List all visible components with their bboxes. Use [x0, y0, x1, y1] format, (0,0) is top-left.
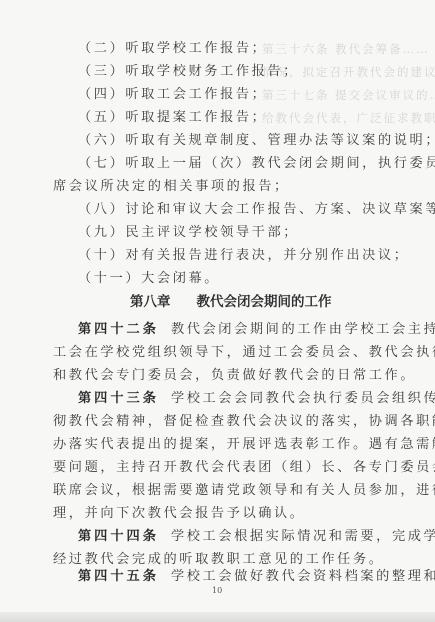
article-text: 教代会闭会期间的工作由学校工会主持。学校: [171, 322, 435, 337]
agenda-item: （十）对有关报告进行表决，并分别作出决议；: [78, 244, 410, 263]
agenda-item: （十一）大会闭幕。: [78, 267, 220, 286]
article-label: 第四十五条: [78, 569, 159, 584]
article-label: 第四十四条: [78, 529, 159, 544]
agenda-item: （六）听取有关规章制度、管理办法等议案的说明；: [78, 129, 435, 148]
agenda-item: （九）民主评议学校领导干部；: [78, 221, 299, 240]
article-44: 第四十四条学校工会根据实际情况和需要，完成学校需要: [78, 525, 435, 544]
article-text: 和教代会专门委员会，负责做好教代会的日常工作。: [53, 364, 416, 383]
agenda-item: （五）听取提案工作报告；: [78, 106, 267, 125]
agenda-item: （四）听取工会工作报告；: [78, 83, 267, 102]
article-text: 工会在学校党组织领导下，通过工会委员会、教代会执行委员会: [53, 341, 435, 360]
bleed-line: 第三十六条 教代会筹备……: [262, 38, 435, 61]
article-text: 学校工会做好教代会资料档案的整理和管理: [171, 569, 435, 584]
article-text: 学校工会会同教代会执行委员会组织传达贯: [171, 391, 435, 406]
article-text: 理，并向下次教代会报告予以确认。: [53, 502, 306, 521]
article-text: 联席会议，根据需要邀请党政领导和有关人员参加，进行协商处: [53, 479, 435, 498]
article-text: 办落实代表提出的提案，开展评选表彰工作。遇有急需解决的重: [53, 433, 435, 452]
article-label: 第四十三条: [78, 391, 159, 406]
chapter-title: 教代会闭会期间的工作: [197, 294, 332, 310]
chapter-number: 第八章: [130, 294, 171, 310]
article-42: 第四十二条教代会闭会期间的工作由学校工会主持。学校: [78, 318, 435, 337]
page-edge: [0, 612, 435, 622]
article-45: 第四十五条学校工会做好教代会资料档案的整理和管理: [78, 565, 435, 584]
document-page: 第三十六条 教代会筹备…… 情况，拟定召开教代会的建议…… 第三十七条 提交会议…: [0, 0, 435, 615]
bleed-line: 第三十七条 提交会议审议的……: [262, 84, 435, 107]
agenda-item-continuation: 席会议所决定的相关事项的报告；: [53, 175, 290, 194]
page-number: 10: [212, 586, 222, 595]
agenda-item: （八）讨论和审议大会工作报告、方案、决议草案等；: [78, 198, 435, 217]
article-text: 彻教代会精神，督促检查教代会决议的落实，协调各职能部门督: [53, 410, 435, 429]
article-text: 学校工会根据实际情况和需要，完成学校需要: [171, 529, 435, 544]
agenda-item: （二）听取学校工作报告；: [78, 37, 267, 56]
agenda-item: （七）听取上一届（次）教代会闭会期间，执行委员会或联: [78, 152, 435, 171]
agenda-item: （三）听取学校财务工作报告；: [78, 60, 299, 79]
article-text: 要问题，主持召开教代会代表团（组）长、各专门委员会负责人: [53, 456, 435, 475]
bleed-line: 给教代会代表，广泛征求教职工……: [262, 107, 435, 130]
article-43: 第四十三条学校工会会同教代会执行委员会组织传达贯: [78, 387, 435, 406]
chapter-heading: 第八章教代会闭会期间的工作: [130, 290, 332, 310]
article-label: 第四十二条: [78, 322, 159, 337]
bleed-through-text: 第三十六条 教代会筹备…… 情况，拟定召开教代会的建议…… 第三十七条 提交会议…: [262, 38, 435, 130]
